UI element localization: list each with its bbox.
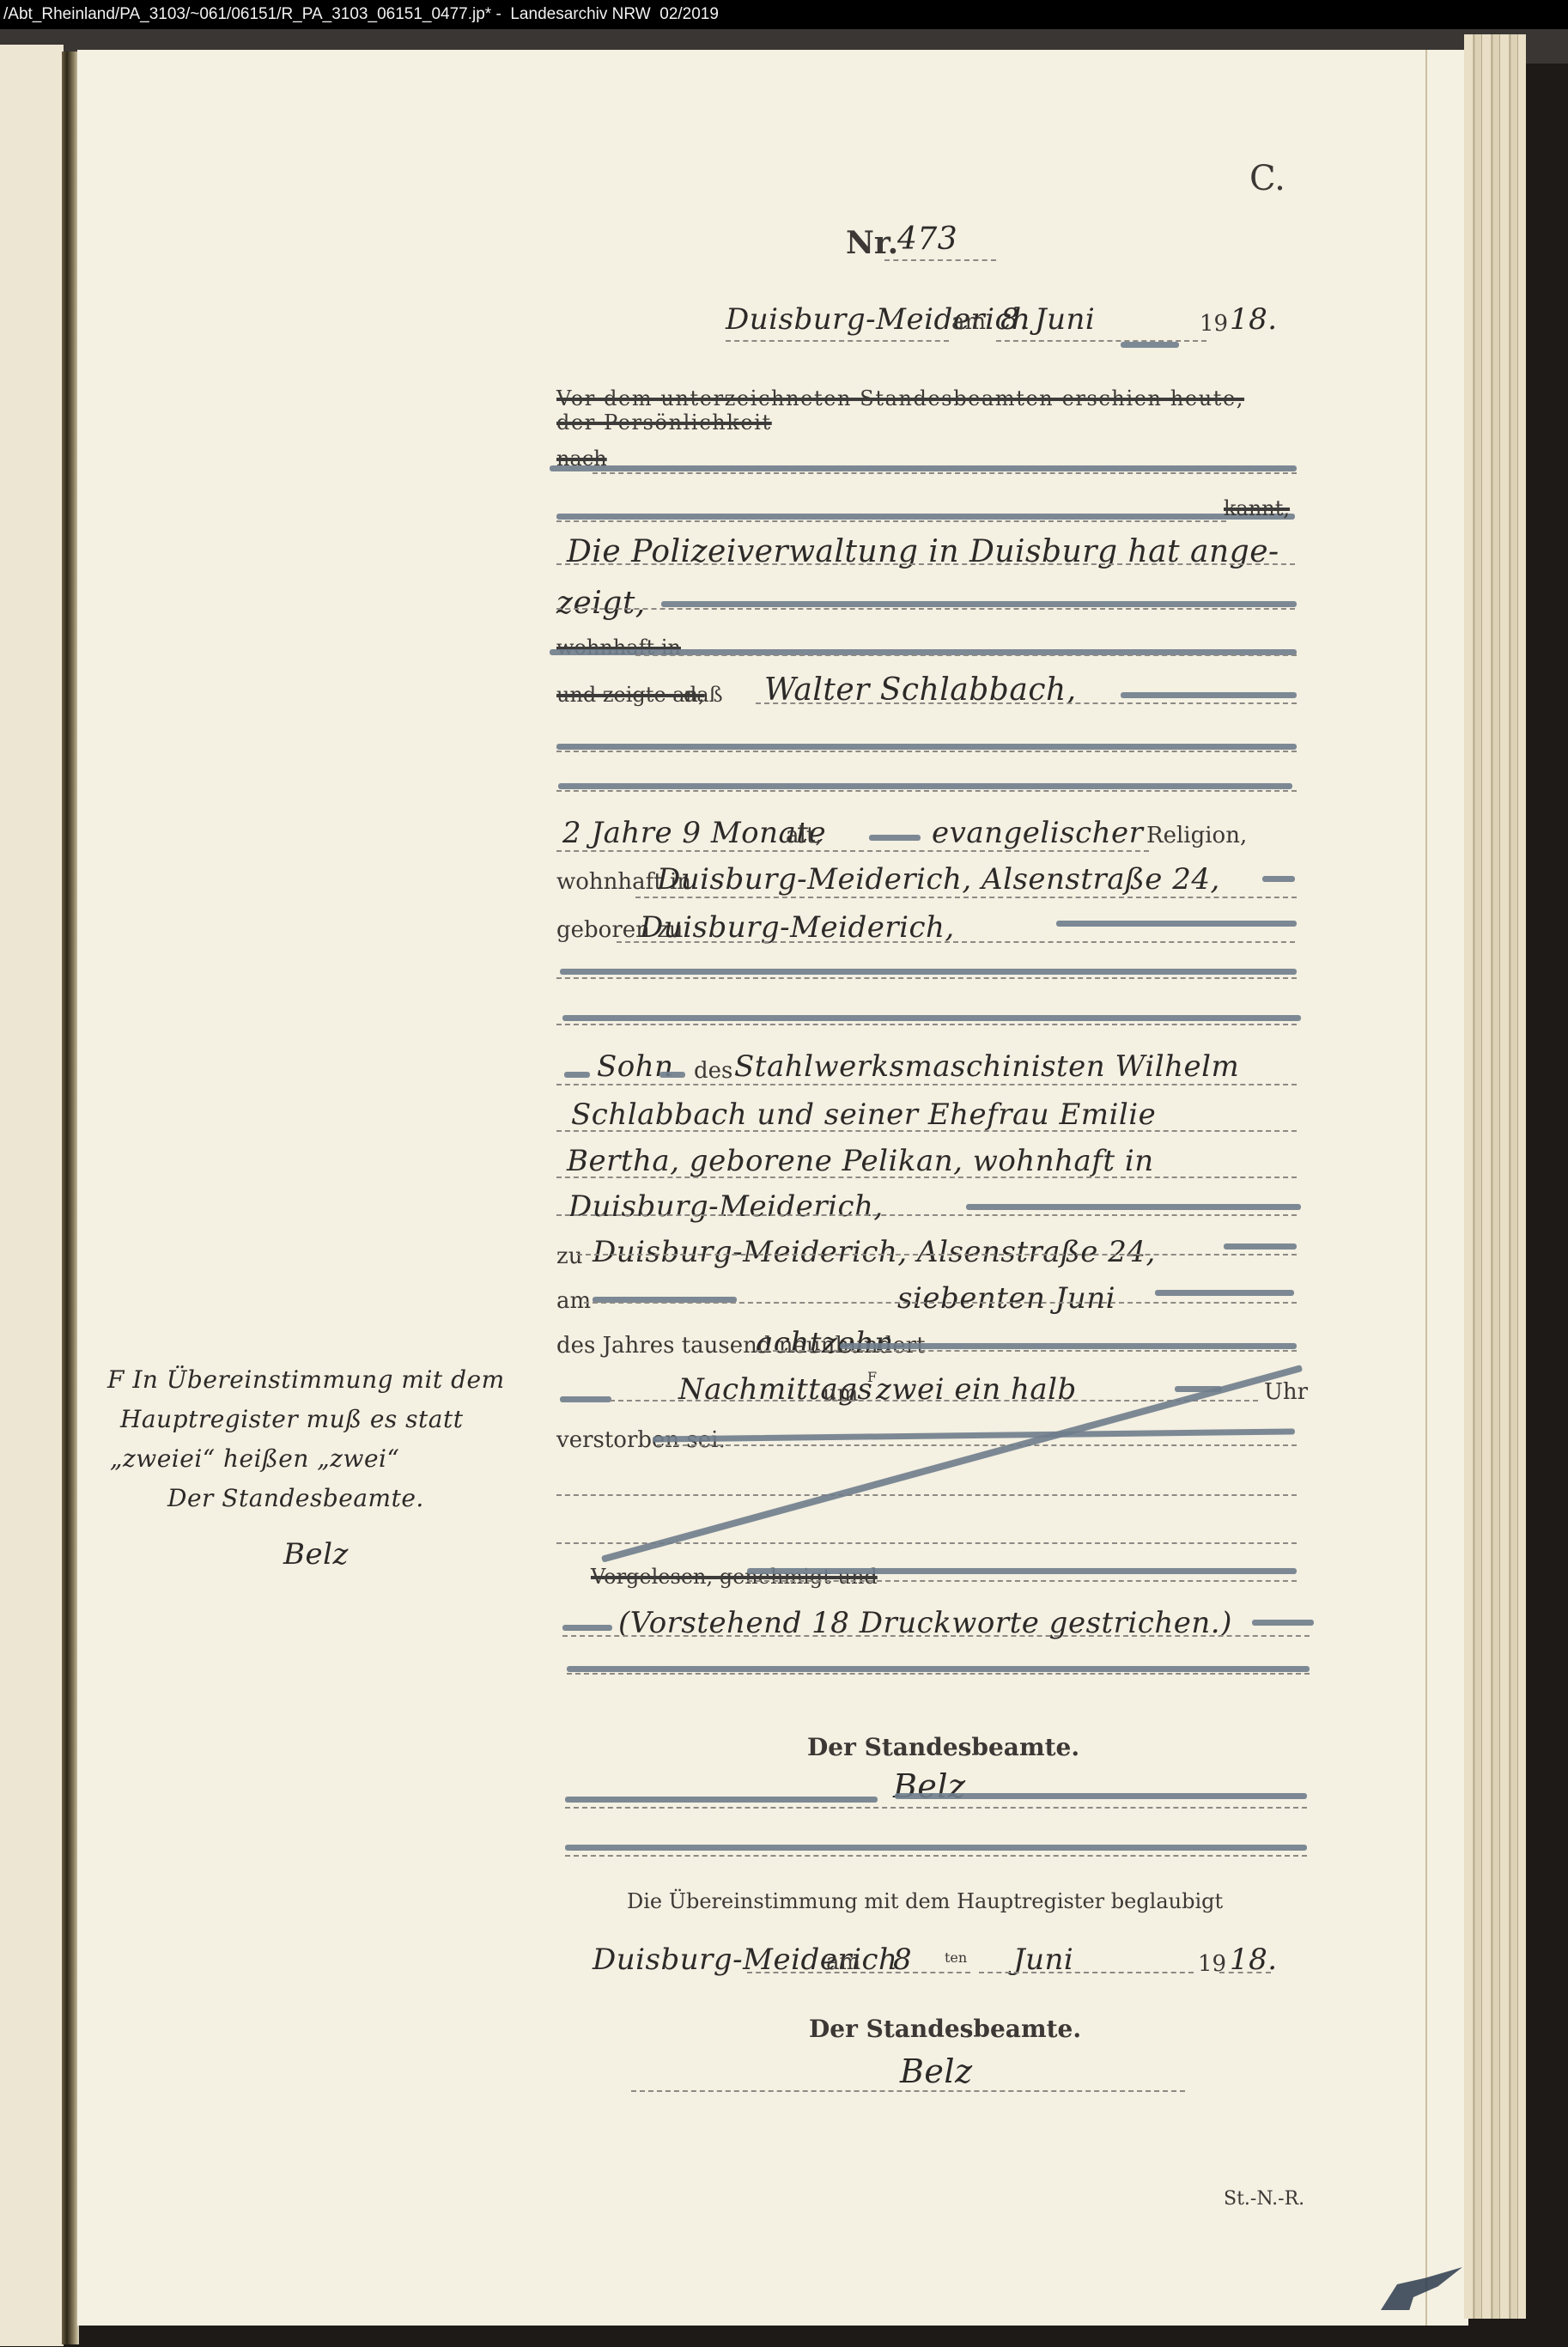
- registration-day: 8.: [1000, 302, 1029, 337]
- official-signature: Belz: [893, 1767, 966, 1805]
- certification-text: Die Übereinstimmung mit dem Hauptregiste…: [627, 1889, 1223, 1913]
- struck-kannt: kannt,: [1224, 496, 1290, 520]
- entry-number-label: Nr.: [846, 225, 898, 261]
- date-am-label: am: [951, 309, 986, 335]
- year-prefix: 19: [1200, 311, 1228, 337]
- page-fold-line: [1425, 50, 1427, 2326]
- parents-line-2: Schlabbach und seiner Ehefrau Emilie: [571, 1097, 1156, 1132]
- religion-value: evangelischer: [932, 816, 1143, 850]
- year-suffix: 18.: [1230, 302, 1278, 337]
- entry-number: 473: [897, 222, 957, 257]
- file-path-caption: /Abt_Rheinland/PA_3103/~061/06151/R_PA_3…: [0, 0, 1568, 29]
- margin-note-line-1: F In Übereinstimmung mit dem: [107, 1365, 505, 1394]
- page-stack-edge: [1464, 34, 1526, 2319]
- birthplace-value: Duisburg-Meiderich,: [640, 910, 955, 945]
- time-um-label: um: [823, 1381, 858, 1407]
- registration-month: Juni: [1035, 302, 1095, 337]
- residence-value: Duisburg-Meiderich, Alsenstraße 24,: [657, 862, 1220, 897]
- certification-signature: Belz: [900, 2052, 973, 2090]
- dass-label: daß: [684, 683, 723, 707]
- informant-line-2: zeigt,: [556, 586, 646, 621]
- death-day-label: am: [556, 1288, 591, 1314]
- time-value: zwei ein halb: [876, 1372, 1077, 1407]
- parents-line-4: Duisburg-Meiderich,: [568, 1189, 884, 1224]
- certification-day-suffix: ten: [945, 1949, 967, 1966]
- religion-label: Religion,: [1146, 823, 1247, 848]
- margin-note-line-4: Der Standesbeamte.: [167, 1484, 424, 1512]
- margin-note-line-3: „zweiei“ heißen „zwei“: [110, 1444, 399, 1473]
- left-page-edge: [0, 45, 64, 2346]
- death-day-value: siebenten Juni: [897, 1281, 1115, 1316]
- relation-value: Sohn: [597, 1049, 674, 1084]
- struck-intro-line: Vor dem unterzeichneten Standesbeamten e…: [556, 386, 1286, 435]
- death-place-label: zu: [556, 1243, 582, 1269]
- corner-letter: C.: [1249, 159, 1285, 198]
- margin-note-signature: Belz: [283, 1537, 349, 1572]
- parents-line-1: Stahlwerksmaschinisten Wilhelm: [734, 1049, 1239, 1084]
- official-title: Der Standesbeamte.: [807, 1733, 1079, 1761]
- certification-title: Der Standesbeamte.: [809, 2015, 1081, 2043]
- age-alt-label: alt,: [786, 823, 823, 848]
- parents-line-3: Bertha, geborene Pelikan, wohnhaft in: [567, 1144, 1154, 1178]
- struck-zeigte-an: und zeigte an,: [556, 683, 705, 707]
- death-place-value: Duisburg-Meiderich, Alsenstraße 24,: [593, 1235, 1156, 1269]
- uhr-label: Uhr: [1264, 1379, 1308, 1405]
- margin-note-line-2: Hauptregister muß es statt: [120, 1405, 463, 1433]
- form-code: St.-N.-R.: [1224, 2188, 1304, 2210]
- book-spine: [62, 52, 79, 2344]
- parents-label: des: [694, 1058, 732, 1084]
